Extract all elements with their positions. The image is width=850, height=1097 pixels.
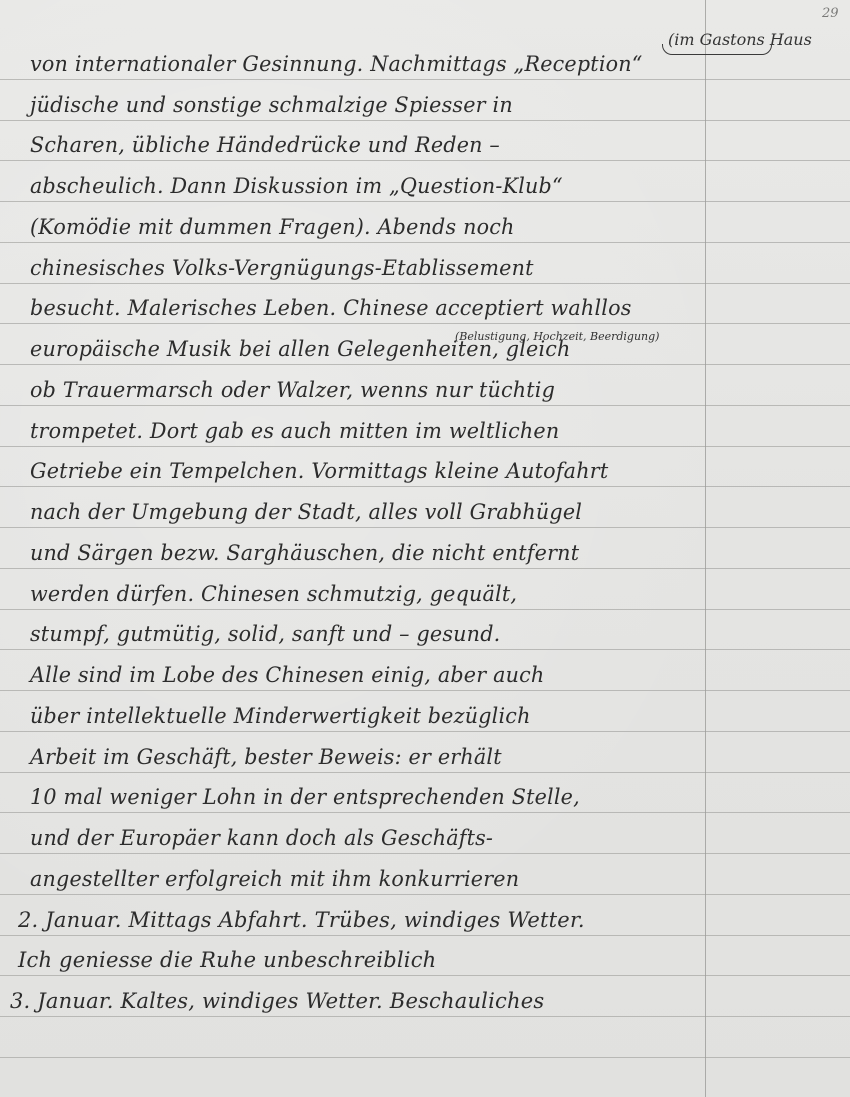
text-line: Arbeit im Geschäft, bester Beweis: er er… (30, 745, 700, 769)
ruled-line (0, 242, 850, 243)
ruled-line (0, 568, 850, 569)
ruled-line (0, 649, 850, 650)
text-line: 10 mal weniger Lohn in der entsprechende… (30, 785, 700, 809)
ruled-line (0, 201, 850, 202)
ruled-line (0, 160, 850, 161)
text-line: 3. Januar. Kaltes, windiges Wetter. Besc… (10, 989, 690, 1013)
text-line: Alle sind im Lobe des Chinesen einig, ab… (30, 663, 700, 687)
text-line: ob Trauermarsch oder Walzer, wenns nur t… (30, 378, 700, 402)
text-line: Scharen, übliche Händedrücke und Reden – (30, 133, 700, 157)
ruled-line (0, 812, 850, 813)
ruled-line (0, 1016, 850, 1017)
text-line: europäische Musik bei allen Gelegenheite… (30, 337, 700, 361)
ruled-line (0, 486, 850, 487)
ruled-line (0, 772, 850, 773)
text-line: über intellektuelle Minderwertigkeit bez… (30, 704, 700, 728)
text-line: Getriebe ein Tempelchen. Vormittags klei… (30, 459, 700, 483)
margin-line (705, 0, 706, 1097)
text-line: besucht. Malerisches Leben. Chinese acce… (30, 296, 700, 320)
diary-page: 29 (im Gastons Haus (Belustigung, Hochze… (0, 0, 850, 1097)
text-line: abscheulich. Dann Diskussion im „Questio… (30, 174, 700, 198)
text-line: Ich geniesse die Ruhe unbeschreiblich (18, 948, 698, 972)
text-line: (Komödie mit dummen Fragen). Abends noch (30, 215, 700, 239)
ruled-line (0, 1057, 850, 1058)
ruled-line (0, 609, 850, 610)
text-line: jüdische und sonstige schmalzige Spiesse… (30, 93, 700, 117)
text-line: 2. Januar. Mittags Abfahrt. Trübes, wind… (18, 908, 698, 932)
ruled-line (0, 690, 850, 691)
text-line: und Särgen bezw. Sarghäuschen, die nicht… (30, 541, 700, 565)
text-line: stumpf, gutmütig, solid, sanft und – ges… (30, 622, 700, 646)
ruled-line (0, 446, 850, 447)
ruled-line (0, 853, 850, 854)
text-line: trompetet. Dort gab es auch mitten im we… (30, 419, 700, 443)
ruled-line (0, 527, 850, 528)
ruled-line (0, 975, 850, 976)
page-number: 29 (822, 6, 839, 21)
text-line: chinesisches Volks-Vergnügungs-Etablisse… (30, 256, 700, 280)
text-line: und der Europäer kann doch als Geschäfts… (30, 826, 700, 850)
ruled-line (0, 79, 850, 80)
ruled-line (0, 283, 850, 284)
ruled-line (0, 731, 850, 732)
ruled-line (0, 364, 850, 365)
ruled-line (0, 120, 850, 121)
insertion-annotation-top: (im Gastons Haus (668, 30, 812, 49)
ruled-line (0, 935, 850, 936)
text-line: werden dürfen. Chinesen schmutzig, gequä… (30, 582, 700, 606)
text-line: nach der Umgebung der Stadt, alles voll … (30, 500, 700, 524)
text-line: von internationaler Gesinnung. Nachmitta… (30, 52, 700, 76)
ruled-line (0, 894, 850, 895)
ruled-line (0, 405, 850, 406)
ruled-line (0, 323, 850, 324)
text-line: angestellter erfolgreich mit ihm konkurr… (30, 867, 700, 891)
